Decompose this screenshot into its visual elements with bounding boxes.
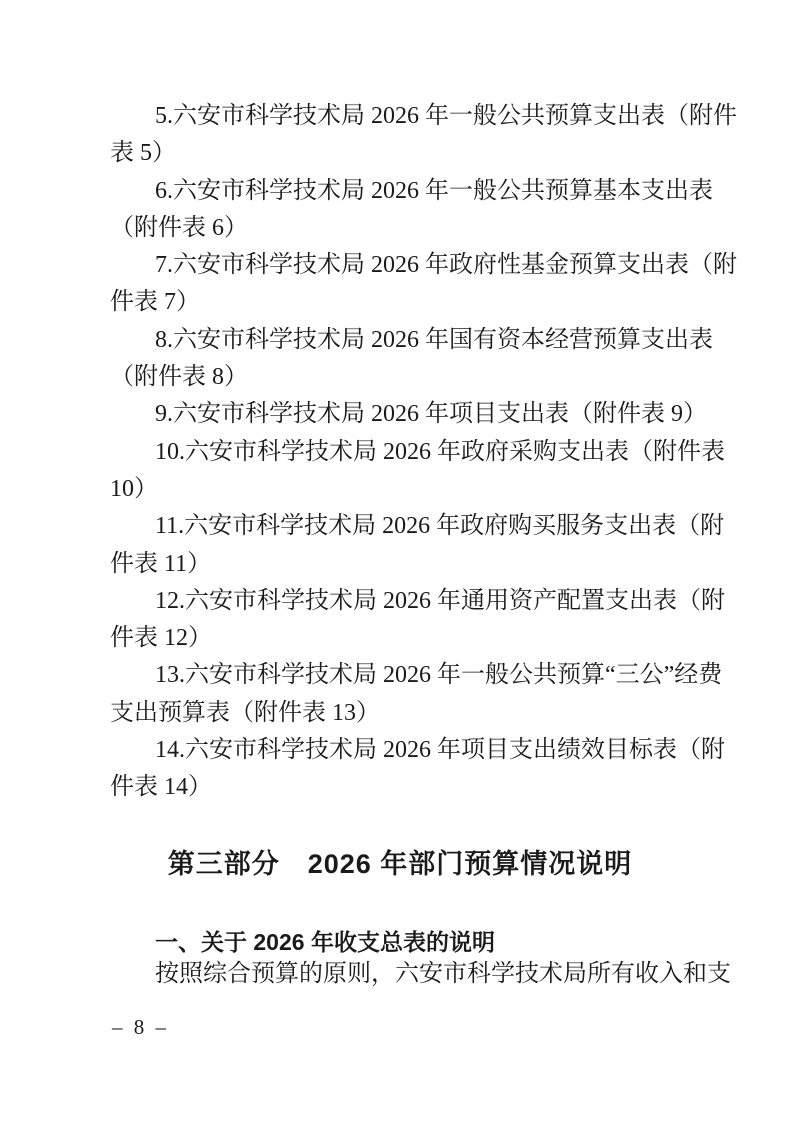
attachment-list-item-9-line-1: 9.六安市科学技术局 2026 年项目支出表（附件表 9）	[110, 396, 690, 433]
attachment-list-item-8-line-1: 8.六安市科学技术局 2026 年国有资本经营预算支出表	[110, 322, 690, 359]
attachment-list-item-5-line-2: 表 5）	[110, 135, 690, 172]
document-page: 5.六安市科学技术局 2026 年一般公共预算支出表（附件表 5）6.六安市科学…	[0, 0, 793, 1122]
attachment-list-item-6-line-2: （附件表 6）	[110, 210, 690, 247]
attachment-list-item-13-line-2: 支出预算表（附件表 13）	[110, 695, 690, 732]
attachment-list-item-14-line-1: 14.六安市科学技术局 2026 年项目支出绩效目标表（附	[110, 732, 690, 769]
attachment-list-item-6-line-1: 6.六安市科学技术局 2026 年一般公共预算基本支出表	[110, 173, 690, 210]
attachment-list-item-11-line-2: 件表 11）	[110, 546, 690, 583]
attachment-list-item-12-line-1: 12.六安市科学技术局 2026 年通用资产配置支出表（附	[110, 583, 690, 620]
attachment-list-item-10-line-1: 10.六安市科学技术局 2026 年政府采购支出表（附件表	[110, 434, 690, 471]
attachment-list-item-5-line-1: 5.六安市科学技术局 2026 年一般公共预算支出表（附件	[110, 98, 690, 135]
page-number: – 8 –	[112, 1014, 169, 1040]
attachment-list-item-7-line-2: 件表 7）	[110, 284, 690, 321]
attachment-list-item-11-line-1: 11.六安市科学技术局 2026 年政府购买服务支出表（附	[110, 508, 690, 545]
attachment-list-item-12-line-2: 件表 12）	[110, 620, 690, 657]
attachment-list-item-8-line-2: （附件表 8）	[110, 359, 690, 396]
body-paragraph: 按照综合预算的原则，六安市科学技术局所有收入和支	[110, 959, 690, 989]
attachment-list-item-13-line-1: 13.六安市科学技术局 2026 年一般公共预算“三公”经费	[110, 657, 690, 694]
attachment-list-item-7-line-1: 7.六安市科学技术局 2026 年政府性基金预算支出表（附	[110, 247, 690, 284]
attachment-list-item-10-line-2: 10）	[110, 471, 690, 508]
attachment-list: 5.六安市科学技术局 2026 年一般公共预算支出表（附件表 5）6.六安市科学…	[110, 98, 690, 807]
page-content: 5.六安市科学技术局 2026 年一般公共预算支出表（附件表 5）6.六安市科学…	[110, 98, 690, 989]
section-heading: 第三部分 2026 年部门预算情况说明	[110, 849, 690, 879]
subsection-heading: 一、关于 2026 年收支总表的说明	[110, 928, 690, 956]
attachment-list-item-14-line-2: 件表 14）	[110, 769, 690, 806]
